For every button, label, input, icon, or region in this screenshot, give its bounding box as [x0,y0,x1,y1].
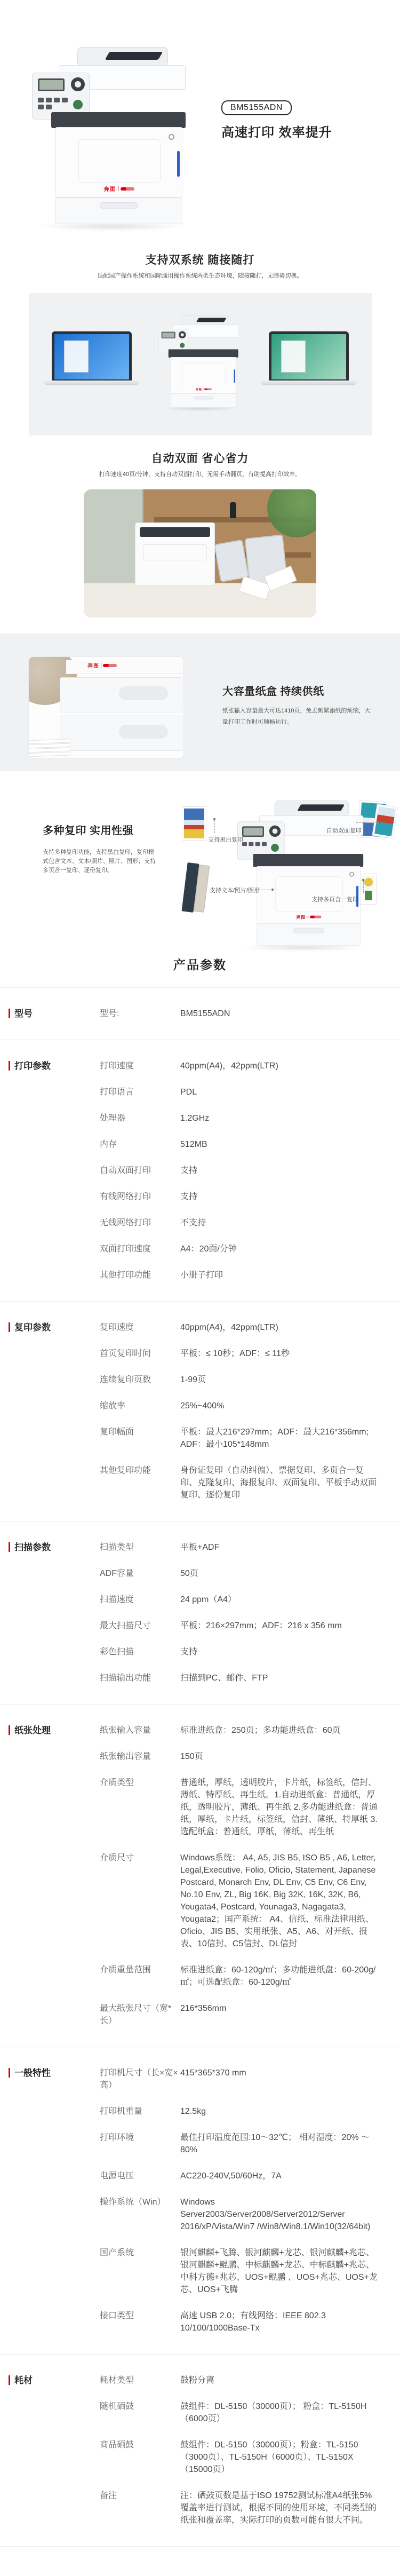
logo-tagline-mark [103,664,117,667]
panel-key [46,105,52,109]
spec-label: 打印语言 [100,1086,180,1098]
callout-duplex-copy: 自动双面复印 [326,826,362,835]
feature-subtitle: 打印速度40页/分钟，支持自动双面打印，无需手动翻页，有助提高打印效率。 [0,471,400,479]
spec-section: 打印参数 打印速度 40ppm(A4)，42ppm(LTR) 打印语言 PDL … [0,1040,400,1301]
spec-label: 打印机尺寸（长×宽×高） [100,2067,180,2091]
callout-line [356,822,380,823]
spec-value: 150页 [180,1750,380,1763]
panel-key [54,98,60,102]
hero-section: 奔图 BM5155ADN 高速打印 效率提升 [0,0,400,245]
multi-copy-text: 多种复印 实用性强 支持多种复印功能，支持黑白复印，复印模式包含文本、文本/照片… [43,822,157,875]
sample-photo [374,806,396,836]
spec-label: 介质重量范围 [100,1964,180,1988]
paper-tray [55,197,182,224]
spec-section: 一般特性 打印机尺寸（长×宽×高） 415*365*370 mm 打印机重量 1… [0,2047,400,2354]
spec-value: 鼓粉分离 [180,2374,380,2387]
feature-body: 纸张输入容量最大可达1410页，免去频繁添纸的烦恼，大量打印工作时可顺畅运行。 [222,706,373,728]
product-detail-page: 奔图 BM5155ADN 高速打印 效率提升 支持双系统 随接随打 适配国产操作… [0,0,400,2552]
spec-row: 最大纸张尺寸（宽*长） 216*356mm [100,2002,380,2027]
category-accent-bar [9,1009,10,1018]
spec-label: 纸张输入容量 [100,1724,180,1737]
spec-label: 首页复印时间 [100,1348,180,1360]
spec-value: 支持 [180,1646,380,1658]
panel-key [38,98,44,102]
spec-label: 其他打印功能 [100,1269,180,1281]
spec-rows: 型号: BM5155ADN [100,1008,400,1020]
decor-bottle [230,502,236,518]
logo-tagline-mark [121,187,134,191]
spec-label: 介质尺寸 [100,1852,180,1950]
spec-label: 复印速度 [100,1321,180,1334]
spec-label: 耗材类型 [100,2374,180,2387]
pantum-logo: 奔图 [171,387,236,391]
spec-row: 纸张输出容量 150页 [100,1750,380,1763]
adf-paper-slot [297,804,345,811]
spec-value: 50页 [180,1567,380,1580]
large-tray-text: 大容量纸盒 持续供纸 纸张输入容量最大可达1410页，免去频繁添纸的烦恼，大量打… [222,683,377,728]
callout-line [214,820,215,833]
spec-value: 1.2GHz [180,1112,380,1124]
spec-rows: 复印速度 40ppm(A4)，42ppm(LTR) 首页复印时间 平板：≤ 10… [100,1321,400,1501]
lcd-screen [161,332,175,338]
spec-section: 扫描参数 扫描类型 平板+ADF ADF容量 50页 扫描速度 24 ppm（A… [0,1521,400,1704]
blue-accent-tab [177,151,180,177]
drawer-handle [119,725,168,739]
pantum-logo: 奔图 [257,914,361,920]
spec-table-title: 产品参数 [0,950,400,973]
spec-row: 处理器 1.2GHz [100,1112,380,1124]
logo-separator [203,388,203,391]
spec-label: 最大扫描尺寸 [100,1620,180,1632]
spec-row: 打印速度 40ppm(A4)，42ppm(LTR) [100,1060,380,1072]
spec-label: 操作系统（Win） [100,2196,180,2233]
spec-label: 备注 [100,2490,180,2526]
spec-row: 复印幅面 平板：最大216*297mm；ADF：最大216*356mm; ADF… [100,1426,380,1451]
spec-label: 缩放率 [100,1400,180,1412]
spec-value: 高速 USB 2.0；有线网络：IEEE 802.3 10/100/1000Ba… [180,2310,380,2334]
spec-label: 打印机重量 [100,2105,180,2118]
feature-auto-duplex: 自动双面 省心省力 打印速度40页/分钟，支持自动双面打印，无需手动翻页，有助提… [0,435,400,617]
spec-label: 内存 [100,1138,180,1151]
printer-adf [182,315,229,326]
spec-row: 打印机尺寸（长×宽×高） 415*365*370 mm [100,2067,380,2091]
drawer-handle [119,686,168,700]
category-label: 型号 [14,1009,33,1019]
printer-body: 奔图 [55,127,182,197]
spec-row: 介质类型 普通纸，厚纸，透明胶片，卡片纸，标签纸，信封、薄纸、特厚纸、再生纸。1… [100,1777,380,1838]
spec-value: A4：20面/分钟 [180,1243,380,1255]
nav-dial [178,331,186,339]
spec-rows: 纸张输入容量 标准进纸盒：250页；多功能进纸盒：60页 纸张输出容量 150页… [100,1724,400,2027]
spec-value: 40ppm(A4)，42ppm(LTR) [180,1321,380,1334]
callout-line [363,881,364,893]
spec-rows: 打印速度 40ppm(A4)，42ppm(LTR) 打印语言 PDL 处理器 1… [100,1060,400,1281]
spec-value: 24 ppm（A4） [180,1594,380,1606]
spec-section: 复印参数 复印速度 40ppm(A4)，42ppm(LTR) 首页复印时间 平板… [0,1301,400,1521]
spec-value: 标准进纸盒：60-120g/㎡；多功能进纸盘：60-200g/㎡；可选配纸盒：6… [180,1964,380,1988]
spec-value: 平板：最大216*297mm；ADF：最大216*356mm; ADF：最小10… [180,1426,380,1451]
laptop-screen [52,331,132,381]
pantum-logo-text: 奔图 [87,661,99,669]
hero-title: 高速打印 效率提升 [221,122,332,140]
laptop-base [261,381,357,385]
spec-label: 电源电压 [100,2170,180,2182]
spec-value: 216*356mm [180,2002,380,2027]
spec-label: 随机硒鼓 [100,2400,180,2425]
spec-value: 身份证复印（自动纠偏）、票据复印、多页合一复印、克隆复印、海报复印、双面复印、平… [180,1464,380,1501]
spec-value: 标准进纸盒：250页；多功能进纸盒：60页 [180,1724,380,1737]
pantum-logo-text: 奔图 [195,387,201,391]
printer-output-deck [51,112,186,128]
spec-value: 鼓组件：DL-5150（30000页）；粉盒：TL-5150（3000页）、TL… [180,2439,380,2476]
spec-row: 电源电压 AC220-240V,50/60Hz，7A [100,2170,380,2182]
spec-category: 复印参数 [0,1321,100,1501]
panel-keys [242,842,267,846]
callout-n-up-copy: 支持多页合一复印 [311,895,358,903]
power-button-icon [169,134,174,140]
spec-row: 备注 注：硒鼓页数是基于ISO 19752测试标准A4纸张5%覆盖率进行测试，根… [100,2490,380,2526]
spec-value: 415*365*370 mm [180,2067,380,2091]
category-accent-bar [9,1725,10,1735]
feature-title: 支持双系统 随接随打 [0,253,400,268]
spec-label: 有线网络打印 [100,1191,180,1203]
category-accent-bar [9,2068,10,2078]
spec-row: 连续复印页数 1-99页 [100,1374,380,1386]
spec-row: 介质尺寸 Windows系统： A4, A5, JIS B5, ISO B5 ,… [100,1852,380,1950]
spec-value: BM5155ADN [180,1008,380,1020]
adf-paper-slot [196,318,227,322]
spec-value: 支持 [180,1164,380,1177]
spec-row: 复印速度 40ppm(A4)，42ppm(LTR) [100,1321,380,1334]
front-door [78,139,161,183]
panel-key [38,105,44,109]
spec-label: 复印幅面 [100,1426,180,1451]
spec-label: 介质类型 [100,1777,180,1838]
category-accent-bar [9,2375,10,2385]
feature-title: 多种复印 实用性强 [43,822,157,837]
model-badge: BM5155ADN [221,100,292,115]
sample-photo-card [372,804,398,839]
spec-label: 接口类型 [100,2310,180,2334]
paper-tray [257,924,361,946]
laptop-document [281,340,306,372]
adf-paper-slot [105,52,163,60]
panel-key [62,98,68,102]
spec-row: 操作系统（Win） Windows Server2003/Server2008/… [100,2196,380,2233]
pantum-logo: 奔图 [87,661,117,669]
printer-adf [275,800,349,817]
laptop-left [44,331,140,385]
spec-label: 商品硒鼓 [100,2439,180,2476]
callout-dot [271,889,274,891]
front-door [143,544,207,560]
front-door [182,363,225,386]
spec-value: 512MB [180,1138,380,1151]
category-label: 打印参数 [14,1061,51,1071]
spec-value: 40ppm(A4)，42ppm(LTR) [180,1060,380,1072]
spec-table: 型号 型号: BM5155ADN 打印参数 打印速度 40ppm(A4)，42p… [0,987,400,2547]
spec-row: 随机硒鼓 鼓组件：DL-5150（30000页）； 粉盒：TL-5150H（60… [100,2400,380,2425]
spec-value: 平板+ADF [180,1541,380,1553]
spec-category: 型号 [0,1008,100,1020]
printer-adf [77,47,168,66]
spec-row: 介质重量范围 标准进纸盒：60-120g/㎡；多功能进纸盘：60-200g/㎡；… [100,1964,380,1988]
spec-category: 纸张处理 [0,1724,100,2027]
spec-value: 1-99页 [180,1374,380,1386]
logo-separator [118,186,118,191]
panel-key [249,842,253,846]
spec-label: 型号: [100,1008,180,1020]
spec-value: 扫描到PC、邮件、FTP [180,1672,380,1684]
spec-section: 耗材 耗材类型 鼓粉分离 随机硒鼓 鼓组件：DL-5150（30000页）； 粉… [0,2354,400,2547]
spec-row: 扫描输出功能 扫描到PC、邮件、FTP [100,1672,380,1684]
category-accent-bar [9,1322,10,1332]
category-label: 扫描参数 [14,1542,51,1552]
nav-dial [71,77,85,91]
laptop-screen [269,331,349,381]
spec-rows: 扫描类型 平板+ADF ADF容量 50页 扫描速度 24 ppm（A4） 最大… [100,1541,400,1684]
desk [84,583,316,617]
lcd-screen [242,826,264,837]
panel-key [262,842,267,846]
logo-tagline-mark [204,389,212,390]
paper-drawer-2 [60,716,182,751]
spec-row: 打印机重量 12.5kg [100,2105,380,2118]
spec-category: 耗材 [0,2374,100,2526]
paper-stack-sheet [28,752,70,757]
spec-label: 扫描速度 [100,1594,180,1606]
printer-output-deck [253,854,364,867]
printer-wrap: 奔图 [158,315,242,410]
spec-value: 25%~400% [180,1400,380,1412]
paper-drawer-1 [60,677,182,712]
spec-row: 打印语言 PDL [100,1086,380,1098]
spec-category: 一般特性 [0,2067,100,2334]
spec-row: 自动双面打印 支持 [100,1164,380,1177]
dual-system-image: 奔图 [29,293,372,435]
logo-separator [308,915,308,918]
spec-value: Windows系统： A4, A5, JIS B5, ISO B5 , A6, … [180,1852,380,1950]
feature-large-tray: 奔图 大容量纸盒 持续供纸 纸张输入容量最大可达1410页，免去频繁添纸的烦恼，… [0,633,400,771]
tray-closeup-photo: 奔图 [28,656,184,759]
spec-row: 型号: BM5155ADN [100,1008,380,1020]
spec-row: 耗材类型 鼓粉分离 [100,2374,380,2387]
lcd-screen [38,78,65,91]
spec-row: 缩放率 25%~400% [100,1400,380,1412]
pantum-logo-text: 奔图 [104,185,116,193]
spec-label: 无线网络打印 [100,1217,180,1229]
printer-illustration-copy: 奔图 [237,800,369,949]
spec-row: 商品硒鼓 鼓组件：DL-5150（30000页）；粉盒：TL-5150（3000… [100,2439,380,2476]
pantum-logo-text: 奔图 [296,914,306,920]
spec-label: ADF容量 [100,1567,180,1580]
spec-value: 普通纸，厚纸，透明胶片，卡片纸，标签纸，信封、薄纸、特厚纸、再生纸。1.自动进纸… [180,1777,380,1838]
spec-section: 纸张处理 纸张输入容量 标准进纸盒：250页；多功能进纸盒：60页 纸张输出容量… [0,1704,400,2047]
laptop-right [261,331,357,385]
category-label: 纸张处理 [14,1725,51,1735]
callout-dot [213,818,215,820]
pantum-logo: 奔图 [56,185,182,193]
spec-label: 其他复印功能 [100,1464,180,1501]
spec-row: 国产系统 银河麒麟+飞腾、银河麒麟+龙芯、银河麒麟+兆芯、银河麒麟+鲲鹏、中标麒… [100,2247,380,2296]
spec-row: 其他复印功能 身份证复印（自动纠偏）、票据复印、多页合一复印、克隆复印、海报复印… [100,1464,380,1501]
printer-wrap: 奔图 [237,800,369,949]
start-button [180,343,185,347]
spec-value: 注：硒鼓页数是基于ISO 19752测试标准A4纸张5%覆盖率进行测试，根据不同… [180,2490,380,2526]
laptop-document [64,340,89,372]
spec-label: 自动双面打印 [100,1164,180,1177]
spec-row: 彩色扫描 支持 [100,1646,380,1658]
spec-label: 双面打印速度 [100,1243,180,1255]
spec-category: 扫描参数 [0,1541,100,1684]
spec-label: 连续复印页数 [100,1374,180,1386]
sample-photo [184,809,204,838]
callout-copy-modes: 支持文本/照片/图形 [210,886,260,894]
category-accent-bar [9,1061,10,1071]
spec-rows: 打印机尺寸（长×宽×高） 415*365*370 mm 打印机重量 12.5kg… [100,2067,400,2334]
tray-handle [194,396,213,399]
spec-category: 打印参数 [0,1060,100,1281]
front-door [275,876,342,912]
office-photo [84,489,316,617]
start-button [73,100,83,109]
printer-on-desk [135,522,215,585]
category-label: 一般特性 [14,2068,51,2078]
spec-label: 彩色扫描 [100,1646,180,1658]
spec-row: 首页复印时间 平板：≤ 10秒；ADF：≤ 11秒 [100,1348,380,1360]
spec-label: 打印环境 [100,2131,180,2156]
spec-row: 接口类型 高速 USB 2.0；有线网络：IEEE 802.3 10/100/1… [100,2310,380,2334]
sample-photo-card [182,806,206,841]
feature-subtitle: 适配国产操作系统和国际通用操作系统两类生态环境，随接随打，无障碍切换。 [0,272,400,280]
spec-row: 扫描速度 24 ppm（A4） [100,1594,380,1606]
feature-multi-copy: 多种复印 实用性强 支持多种复印功能，支持黑白复印，复印模式包含文本、文本/照片… [0,771,400,950]
printer-body-top [66,660,183,674]
spec-row: 扫描类型 平板+ADF [100,1541,380,1553]
paper-tray [170,394,236,408]
printer-adf [140,527,210,537]
category-label: 复印参数 [14,1322,51,1333]
spec-value: 支持 [180,1191,380,1203]
blue-accent-tab [234,369,235,383]
spec-row: 无线网络打印 不支持 [100,1217,380,1229]
spec-row: 双面打印速度 A4：20面/分钟 [100,1243,380,1255]
category-label: 耗材 [14,2375,33,2385]
feature-body: 支持多种复印功能，支持黑白复印，复印模式包含文本、文本/照片、照片、图形；支持多… [43,848,157,875]
spec-value: 平板：≤ 10秒；ADF：≤ 11秒 [180,1348,380,1360]
printer-illustration-small: 奔图 [158,315,242,410]
spec-row: ADF容量 50页 [100,1567,380,1580]
panel-key [255,842,260,846]
spec-label: 扫描类型 [100,1541,180,1553]
spec-value: AC220-240V,50/60Hz，7A [180,2170,380,2182]
spec-value: 平板：216×297mm；ADF：216 x 356 mm [180,1620,380,1632]
feature-dual-system: 支持双系统 随接随打 适配国产操作系统和国际通用操作系统两类生态环境，随接随打，… [0,245,400,435]
tray-handle [100,202,138,209]
spec-row: 其他打印功能 小册子打印 [100,1269,380,1281]
callout-mono-copy: 支持黑白复印 [208,835,243,844]
printer-output-deck [168,349,238,358]
spec-label: 打印速度 [100,1060,180,1072]
spec-label: 国产系统 [100,2247,180,2296]
category-accent-bar [9,1542,10,1552]
callout-dot [362,879,364,881]
spec-value: PDL [180,1086,380,1098]
start-button [271,844,279,852]
logo-tagline-mark [310,915,321,918]
spec-row: 有线网络打印 支持 [100,1191,380,1203]
spec-value: 不支持 [180,1217,380,1229]
nav-dial [269,826,281,837]
spec-row: 内存 512MB [100,1138,380,1151]
feature-title: 大容量纸盒 持续供纸 [222,683,377,698]
spec-label: 纸张输出容量 [100,1750,180,1763]
printer-illustration-hero: 奔图 [32,47,192,228]
logo-separator [101,663,101,668]
spec-row: 最大扫描尺寸 平板：216×297mm；ADF：216 x 356 mm [100,1620,380,1632]
laptop-base [44,381,140,385]
hero-text-block: BM5155ADN 高速打印 效率提升 [221,100,332,140]
power-button-icon [349,872,354,877]
spec-section: 型号 型号: BM5155ADN [0,987,400,1040]
spec-value: 12.5kg [180,2105,380,2118]
spec-value: 银河麒麟+飞腾、银河麒麟+龙芯、银河麒麟+兆芯、银河麒麟+鲲鹏、中标麒麟+龙芯、… [180,2247,380,2296]
spec-rows: 耗材类型 鼓粉分离 随机硒鼓 鼓组件：DL-5150（30000页）； 粉盒：T… [100,2374,400,2526]
callout-dot [379,821,381,823]
spec-value: 小册子打印 [180,1269,380,1281]
tray-handle [293,928,324,933]
spec-label: 处理器 [100,1112,180,1124]
spec-row: 纸张输入容量 标准进纸盒：250页；多功能进纸盒：60页 [100,1724,380,1737]
spec-value: 鼓组件：DL-5150（30000页）； 粉盒：TL-5150H（6000页） [180,2400,380,2425]
printer-body: 奔图 [170,357,236,394]
spec-label: 最大纸张尺寸（宽*长） [100,2002,180,2027]
feature-title: 自动双面 省心省力 [0,451,400,466]
spec-label: 扫描输出功能 [100,1672,180,1684]
spec-value: Windows Server2003/Server2008/Server2012… [180,2196,380,2233]
panel-key [46,98,52,102]
spec-row: 打印环境 最佳打印温度范围:10～32℃； 相对湿度：20% ～80% [100,2131,380,2156]
panel-keys [38,98,68,109]
spec-value: 最佳打印温度范围:10～32℃； 相对湿度：20% ～80% [180,2131,380,2156]
